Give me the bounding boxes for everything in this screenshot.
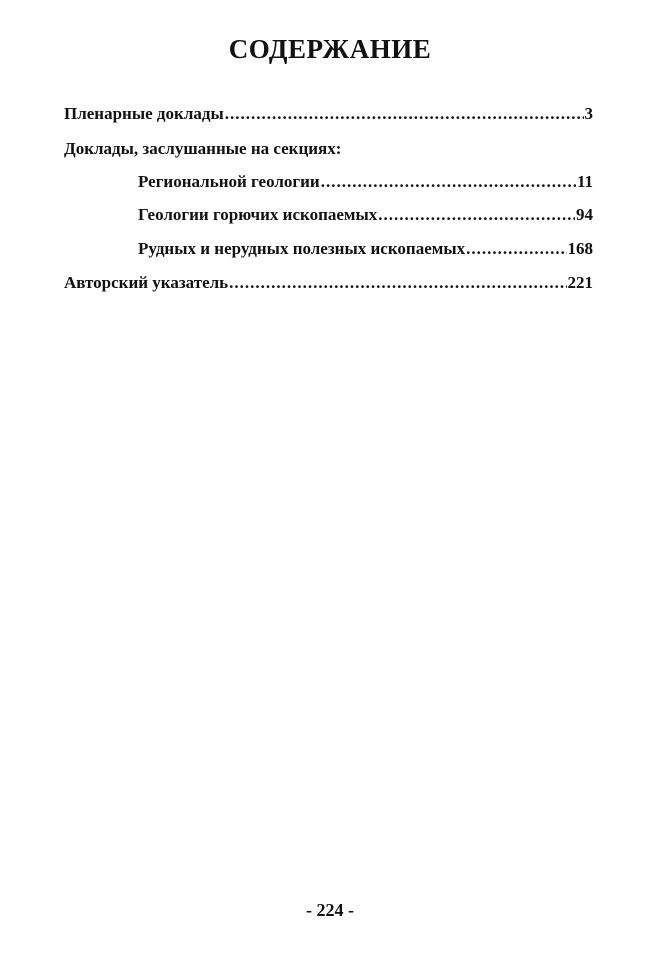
toc-entry-label: Доклады, заслушанные на секциях: xyxy=(64,139,341,159)
toc-entry-label: Пленарные доклады xyxy=(64,104,224,124)
toc-entry-author-index[interactable]: Авторский указатель 221 xyxy=(64,273,593,297)
dot-leader xyxy=(378,205,575,225)
dot-leader xyxy=(229,273,566,293)
toc-section-heading: Доклады, заслушанные на секциях: xyxy=(64,139,593,163)
toc-entry-fuel-geology[interactable]: Геологии горючих ископаемых 94 xyxy=(138,205,593,229)
toc-entry-page: 168 xyxy=(568,239,594,259)
toc-entry-label: Геологии горючих ископаемых xyxy=(138,205,377,225)
toc-entry-page: 11 xyxy=(577,172,593,192)
toc-entry-plenary[interactable]: Пленарные доклады 3 xyxy=(64,104,593,128)
toc-entry-regional-geology[interactable]: Региональной геологии 11 xyxy=(138,172,593,196)
dot-leader xyxy=(225,104,584,124)
toc-entry-page: 221 xyxy=(568,273,594,293)
toc-entry-ore-minerals[interactable]: Рудных и нерудных полезных ископаемых 16… xyxy=(138,239,593,263)
toc-entry-label: Рудных и нерудных полезных ископаемых xyxy=(138,239,465,259)
toc-entry-page: 3 xyxy=(585,104,594,124)
dot-leader xyxy=(466,239,566,259)
toc-entry-label: Авторский указатель xyxy=(64,273,228,293)
page-title: СОДЕРЖАНИЕ xyxy=(0,34,660,65)
dot-leader xyxy=(321,172,576,192)
toc-entry-label: Региональной геологии xyxy=(138,172,320,192)
page-number: - 224 - xyxy=(0,900,660,921)
toc-entry-page: 94 xyxy=(576,205,593,225)
